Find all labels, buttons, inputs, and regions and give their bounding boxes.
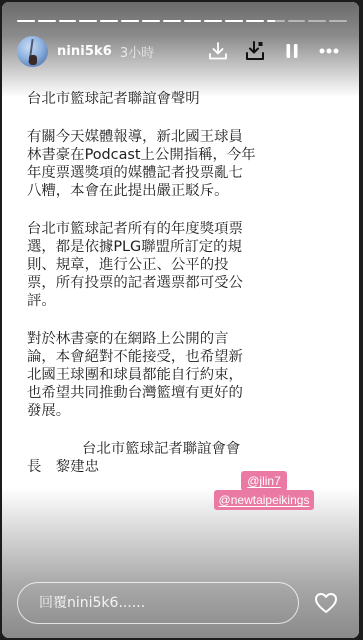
save-to-device-icon	[244, 40, 266, 62]
progress-segment	[246, 20, 264, 22]
progress-segment-fill	[204, 20, 222, 22]
save-button[interactable]	[236, 36, 273, 66]
progress-segment-fill	[79, 20, 97, 22]
story-viewer[interactable]: nini5k6 3小時	[2, 2, 359, 638]
header-actions	[199, 36, 347, 66]
post-timestamp: 3小時	[120, 42, 154, 61]
statement-paragraph-3: 對於林書豪的在網路上公開的言 論，本會絕對不能接受，也希望新 北國王球團和球員都…	[27, 330, 257, 420]
more-options-button[interactable]	[310, 36, 347, 66]
progress-segment	[184, 20, 202, 22]
progress-segment	[59, 20, 77, 22]
like-button[interactable]	[312, 590, 340, 616]
progress-segment-fill	[17, 20, 35, 22]
progress-segment	[288, 20, 306, 22]
progress-segment-fill	[246, 20, 264, 22]
avatar[interactable]	[17, 36, 48, 67]
statement-paragraph-2: 台北市籃球記者所有的年度獎項票 選，都是依據PLG聯盟所訂定的規 則、規章，進行…	[27, 220, 257, 310]
pause-button[interactable]	[273, 36, 310, 66]
pause-icon	[284, 42, 300, 60]
progress-segment	[267, 20, 285, 22]
progress-segment-fill	[163, 20, 181, 22]
reply-input[interactable]	[39, 595, 298, 611]
heart-icon	[314, 592, 338, 614]
reply-box[interactable]	[17, 582, 299, 624]
statement-paragraph-1: 有關今天媒體報導，新北國王球員 林書豪在Podcast上公開指稱，今年 年度票選…	[27, 128, 257, 200]
download-icon	[207, 40, 229, 62]
progress-segment-fill	[267, 20, 275, 22]
mention-jlin7[interactable]: @jlin7	[241, 471, 287, 491]
download-button[interactable]	[199, 36, 236, 66]
progress-segment-fill	[121, 20, 139, 22]
progress-segment	[163, 20, 181, 22]
more-options-icon	[318, 47, 340, 55]
progress-segment	[17, 20, 35, 22]
progress-segment-fill	[225, 20, 243, 22]
username[interactable]: nini5k6	[57, 44, 112, 59]
progress-segment	[79, 20, 97, 22]
progress-segment	[204, 20, 222, 22]
progress-segment-fill	[38, 20, 56, 22]
progress-segment-fill	[100, 20, 118, 22]
progress-segment-fill	[59, 20, 77, 22]
signature-organization: 台北市籃球記者聯誼會會	[27, 440, 257, 458]
progress-segment	[308, 20, 326, 22]
statement-title: 台北市籃球記者聯誼會聲明	[27, 90, 257, 108]
statement-document: 台北市籃球記者聯誼會聲明 有關今天媒體報導，新北國王球員 林書豪在Podcast…	[27, 90, 257, 476]
mention-newtaipeikings[interactable]: @newtaipeikings	[214, 490, 315, 510]
story-header: nini5k6 3小時	[17, 35, 347, 67]
progress-segment	[38, 20, 56, 22]
progress-segment-fill	[184, 20, 202, 22]
progress-segment	[100, 20, 118, 22]
story-progress-bar	[17, 20, 347, 23]
progress-segment	[329, 20, 347, 22]
progress-segment	[142, 20, 160, 22]
progress-segment	[121, 20, 139, 22]
progress-segment	[225, 20, 243, 22]
mention-stickers: @jlin7 @newtaipeikings	[209, 471, 319, 510]
progress-segment-fill	[142, 20, 160, 22]
